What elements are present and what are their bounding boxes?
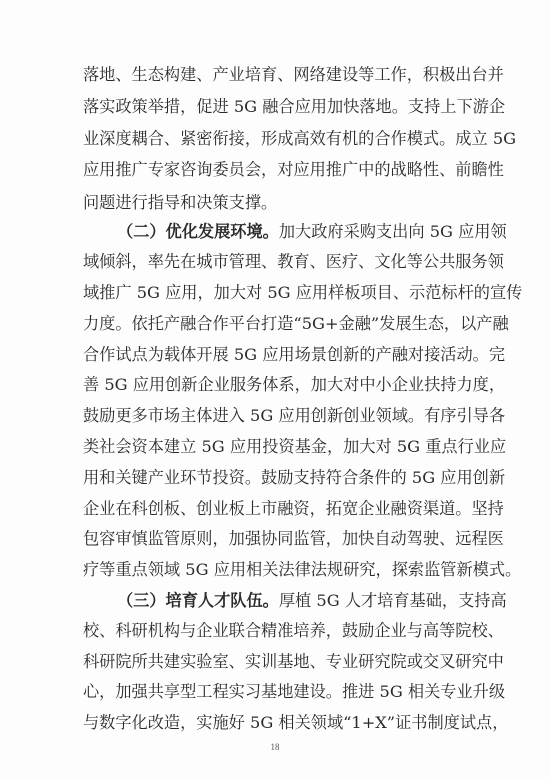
text-line: 域推广 5G 应用，加大对 5G 应用样板项目、示范标杆的宣传 [83, 278, 468, 308]
text-span: 加大政府采购支出向 5G 应用领 [279, 222, 507, 241]
text-line: 落地、生态构建、产业培育、网络建设等工作，积极出台并 [83, 60, 468, 90]
document-page: 落地、生态构建、产业培育、网络建设等工作，积极出台并 落实政策举措，促进 5G … [0, 0, 550, 778]
text-line: 类社会资本建立 5G 应用投资基金，加大对 5G 重点行业应 [83, 432, 468, 462]
text-line: 问题进行指导和决策支撑。 [83, 188, 468, 218]
text-line: 域倾斜，率先在城市管理、教育、医疗、文化等公共服务领 [83, 247, 468, 277]
text-line: 校、科研机构与企业联合精准培养，鼓励企业与高等院校、 [83, 616, 468, 646]
text-line: 鼓励更多市场主体进入 5G 应用创新创业领域。有序引导各 [83, 401, 468, 431]
text-line: 企业在科创板、创业板上市融资，拓宽企业融资渠道。坚持 [83, 494, 468, 524]
section-heading: （二）优化发展环境。 [117, 222, 279, 241]
section-heading-line: （三）培育人才队伍。厚植 5G 人才培育基础，支持高 [83, 586, 468, 616]
text-line: 合作试点为载体开展 5G 应用场景创新的产融对接活动。完 [83, 340, 468, 370]
text-line: 与数字化改造，实施好 5G 相关领域“1+X”证书制度试点， [83, 708, 468, 738]
text-line: 力度。依托产融合作平台打造“5G+金融”发展生态，以产融 [83, 309, 468, 339]
text-line: 包容审慎监管原则，加强协同监管，加快自动驾驶、远程医 [83, 524, 468, 554]
text-span: 厚植 5G 人才培育基础，支持高 [279, 591, 507, 610]
text-line: 用和关键产业环节投资。鼓励支持符合条件的 5G 应用创新 [83, 463, 468, 493]
text-line: 科研院所共建实验室、实训基地、专业研究院或交叉研究中 [83, 647, 468, 677]
text-line: 落实政策举措，促进 5G 融合应用加快落地。支持上下游企 [83, 92, 468, 122]
section-heading-line: （二）优化发展环境。加大政府采购支出向 5G 应用领 [83, 217, 468, 247]
text-line: 业深度耦合、紧密衔接，形成高效有机的合作模式。成立 5G [83, 124, 468, 154]
text-line: 疗等重点领域 5G 应用相关法律法规研究，探索监管新模式。 [83, 555, 468, 585]
text-line: 心，加强共享型工程实习基地建设。推进 5G 相关专业升级 [83, 677, 468, 707]
section-heading: （三）培育人才队伍。 [117, 591, 279, 610]
text-line: 善 5G 应用创新企业服务体系，加大对中小企业扶持力度， [83, 370, 468, 400]
page-number: 18 [265, 742, 285, 752]
text-line: 应用推广专家咨询委员会，对应用推广中的战略性、前瞻性 [83, 155, 468, 185]
